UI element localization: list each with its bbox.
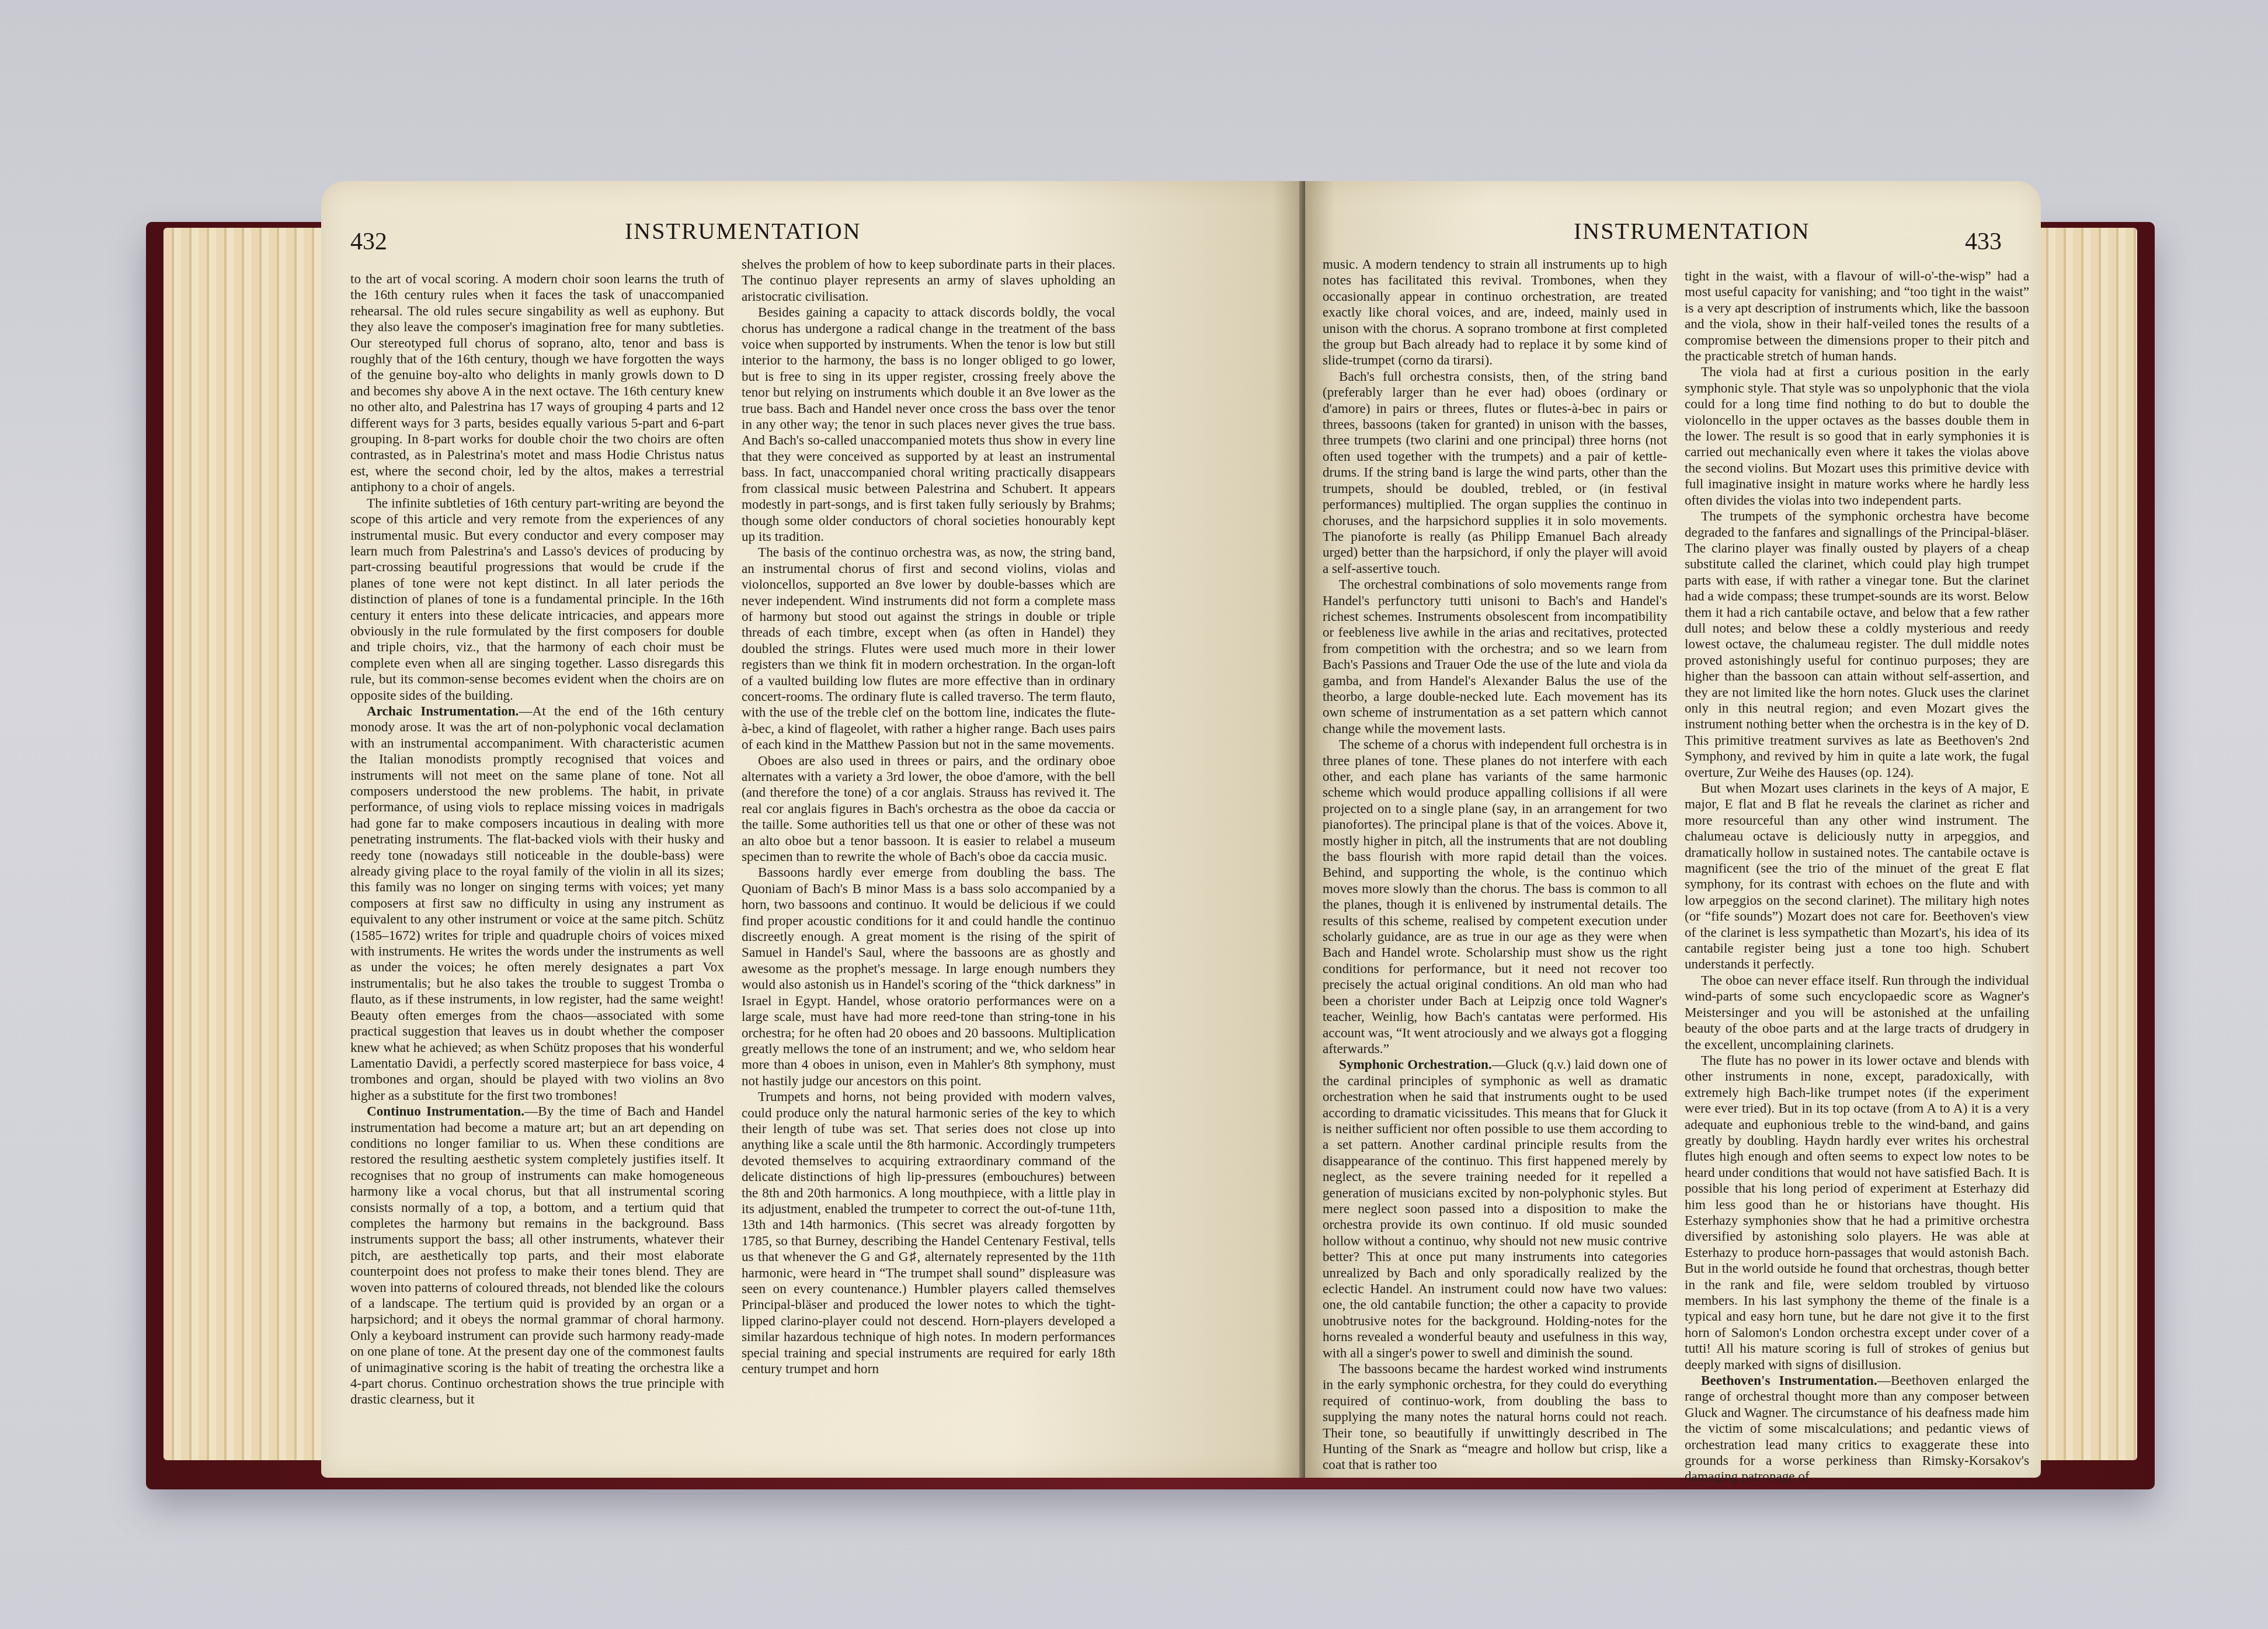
section-paragraph: Continuo Instrumentation.—By the time of…	[350, 1104, 724, 1408]
paragraph-text: tight in the waist, with a flavour of wi…	[1685, 269, 2029, 364]
section-heading: Beethoven's Instrumentation.	[1701, 1373, 1877, 1388]
paragraph: The bassoons became the hardest worked w…	[1323, 1361, 1667, 1474]
paragraph-text: The viola had at first a curious positio…	[1685, 364, 2029, 508]
paragraph: Bassoons hardly ever emerge from doublin…	[742, 865, 1115, 1089]
paragraph-text: The basis of the continuo orchestra was,…	[742, 545, 1115, 752]
paragraph-text: music. A modern tendency to strain all i…	[1323, 257, 1667, 368]
paragraph: The oboe can never efface itself. Run th…	[1685, 973, 2029, 1053]
page-number: 432	[350, 228, 387, 256]
paragraph-text: shelves the problem of how to keep subor…	[742, 257, 1115, 304]
paragraph: The trumpets of the symphonic orchestra …	[1685, 509, 2029, 781]
paragraph: Trumpets and horns, not being provided w…	[742, 1089, 1115, 1377]
open-book: 432 INSTRUMENTATION to the art of vocal …	[146, 158, 2155, 1495]
paragraph-text: Trumpets and horns, not being provided w…	[742, 1089, 1115, 1377]
paragraph: The scheme of a chorus with independent …	[1323, 737, 1667, 1057]
page-number: 433	[1965, 228, 2002, 256]
paragraph-text: The bassoons became the hardest worked w…	[1323, 1361, 1667, 1472]
section-paragraph: Symphonic Orchestration.—Gluck (q.v.) la…	[1323, 1057, 1667, 1361]
paragraph: Oboes are also used in threes or pairs, …	[742, 753, 1115, 866]
left-page: 432 INSTRUMENTATION to the art of vocal …	[321, 181, 1302, 1478]
paragraph: The basis of the continuo orchestra was,…	[742, 545, 1115, 753]
paragraph-text: to the art of vocal scoring. A modern ch…	[350, 272, 724, 495]
paragraph: The infinite subtleties of 16th century …	[350, 496, 724, 704]
paragraph-text: —Gluck (q.v.) laid down one of the cardi…	[1323, 1057, 1667, 1360]
paragraph-text: But when Mozart uses clarinets in the ke…	[1685, 781, 2029, 972]
paragraph-text: The trumpets of the symphonic orchestra …	[1685, 509, 2029, 780]
paragraph: The flute has no power in its lower octa…	[1685, 1053, 2029, 1373]
paragraph-text: Bach's full orchestra consists, then, of…	[1323, 369, 1667, 576]
paragraph-text: The scheme of a chorus with independent …	[1323, 737, 1667, 1057]
paragraph: The viola had at first a curious positio…	[1685, 364, 2029, 509]
paragraph: shelves the problem of how to keep subor…	[742, 257, 1115, 305]
paragraph-text: Besides gaining a capacity to attack dis…	[742, 305, 1115, 544]
right-page: INSTRUMENTATION 433 music. A modern tend…	[1305, 181, 2041, 1478]
section-paragraph: Archaic Instrumentation.—At the end of t…	[350, 704, 724, 1104]
page-edges-left	[164, 228, 339, 1460]
paragraph: tight in the waist, with a flavour of wi…	[1685, 269, 2029, 364]
paragraph-text: —By the time of Bach and Handel instrume…	[350, 1104, 724, 1407]
paragraph: Besides gaining a capacity to attack dis…	[742, 305, 1115, 545]
paragraph: music. A modern tendency to strain all i…	[1323, 257, 1667, 369]
paragraph-text: The oboe can never efface itself. Run th…	[1685, 973, 2029, 1053]
section-paragraph: Beethoven's Instrumentation.—Beethoven e…	[1685, 1373, 2029, 1485]
paragraph-text: —At the end of the 16th century monody a…	[350, 704, 724, 1103]
running-head: INSTRUMENTATION	[1574, 217, 1810, 245]
paragraph-text: Oboes are also used in threes or pairs, …	[742, 753, 1115, 864]
paragraph: The orchestral combinations of solo move…	[1323, 577, 1667, 737]
paragraph: But when Mozart uses clarinets in the ke…	[1685, 781, 2029, 973]
text-column: to the art of vocal scoring. A modern ch…	[350, 272, 724, 1408]
section-heading: Continuo Instrumentation.	[367, 1104, 524, 1119]
paragraph: to the art of vocal scoring. A modern ch…	[350, 272, 724, 496]
text-column: tight in the waist, with a flavour of wi…	[1685, 269, 2029, 1485]
paragraph-text: The orchestral combinations of solo move…	[1323, 577, 1667, 737]
paragraph: Bach's full orchestra consists, then, of…	[1323, 369, 1667, 577]
paragraph-text: The infinite subtleties of 16th century …	[350, 496, 724, 703]
text-column: shelves the problem of how to keep subor…	[742, 257, 1115, 1377]
paragraph-text: —Beethoven enlarged the range of orchest…	[1685, 1373, 2029, 1484]
paragraph-text: The flute has no power in its lower octa…	[1685, 1053, 2029, 1373]
running-head: INSTRUMENTATION	[625, 217, 861, 245]
text-column: music. A modern tendency to strain all i…	[1323, 257, 1667, 1474]
paragraph-text: Bassoons hardly ever emerge from doublin…	[742, 865, 1115, 1088]
section-heading: Symphonic Orchestration.	[1339, 1057, 1492, 1072]
section-heading: Archaic Instrumentation.	[367, 704, 519, 719]
